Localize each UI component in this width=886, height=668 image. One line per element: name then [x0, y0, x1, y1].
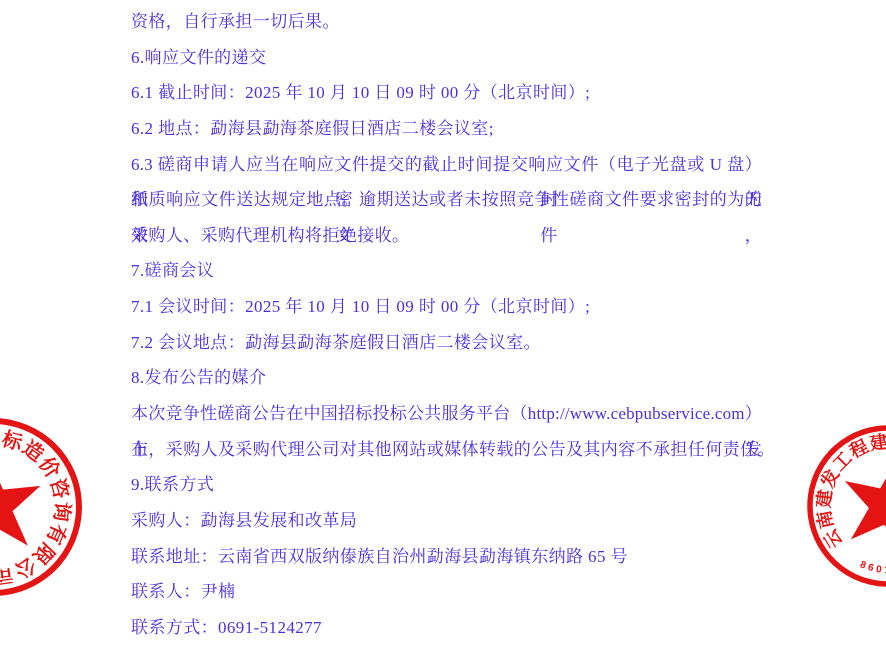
announcement-text: 资格，自行承担一切后果。6.响应文件的递交6.1 截止时间：2025 年 10 …	[131, 4, 762, 646]
text-line: 联系地址：云南省西双版纳傣族自治州勐海县勐海镇东纳路 65 号	[131, 539, 762, 575]
text-line: 联系方式：0691-5124277	[131, 610, 762, 646]
text-line: 6.1 截止时间：2025 年 10 月 10 日 09 时 00 分（北京时间…	[131, 75, 762, 111]
text-line: 纸质响应文件送达规定地点。逾期送达或者未按照竞争性磋商文件要求密封的为无效文件，	[131, 182, 762, 218]
text-line: 6.响应文件的递交	[131, 40, 762, 76]
text-line: 采购人：勐海县发展和改革局	[131, 503, 762, 539]
text-line: 联系人：尹楠	[131, 574, 762, 610]
text-line: 8.发布公告的媒介	[131, 360, 762, 396]
text-line: 布，采购人及采购代理公司对其他网站或媒体转载的公告及其内容不承担任何责任。	[131, 432, 762, 468]
text-line: 本次竞争性磋商公告在中国招标投标公共服务平台（http://www.cebpub…	[131, 396, 762, 432]
text-line: 6.2 地点：勐海县勐海茶庭假日酒店二楼会议室;	[131, 111, 762, 147]
right-company-seal: 云南建发工程建设 86010	[768, 386, 886, 626]
text-line: 7.2 会议地点：勐海县勐海茶庭假日酒店二楼会议室。	[131, 325, 762, 361]
text-line: 7.磋商会议	[131, 253, 762, 289]
text-line: 6.3 磋商申请人应当在响应文件提交的截止时间提交响应文件（电子光盘或 U 盘）…	[131, 147, 762, 183]
left-company-seal: 标造价咨询有限公司 178876	[0, 387, 113, 627]
text-line: 7.1 会议时间：2025 年 10 月 10 日 09 时 00 分（北京时间…	[131, 289, 762, 325]
document-page: 资格，自行承担一切后果。6.响应文件的递交6.1 截止时间：2025 年 10 …	[0, 0, 886, 668]
text-line: 9.联系方式	[131, 467, 762, 503]
text-line: 资格，自行承担一切后果。	[131, 4, 762, 40]
